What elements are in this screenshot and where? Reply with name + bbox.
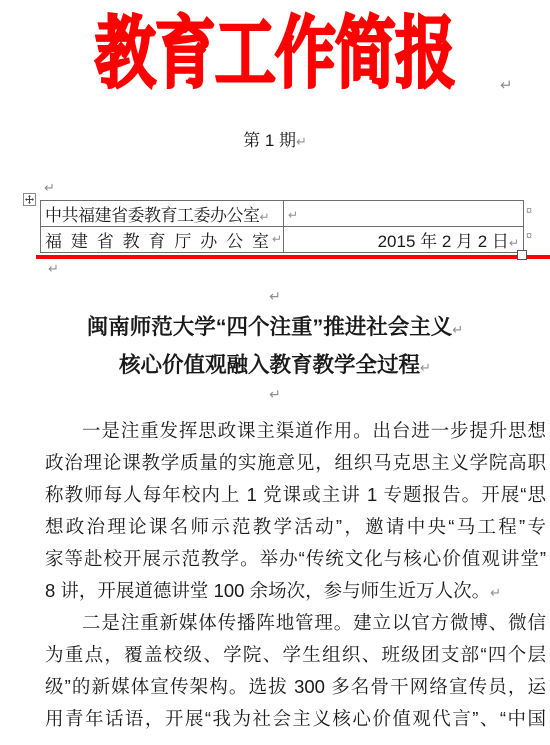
body-line: 称教师每人每年校内上 1 党课或主讲 1 专题报告。开展“思 <box>45 479 546 511</box>
title-text: 核心价值观融入教育教学全过程 <box>119 353 420 377</box>
issuer-cell-party-office: 中共福建省委教育工委办公室↵ <box>41 201 284 227</box>
end-of-row-mark-icon: ¤ <box>526 205 532 217</box>
end-of-row-mark-icon: ¤ <box>526 230 532 242</box>
paragraph-mark-icon: ↵ <box>260 210 270 224</box>
table-move-handle-icon[interactable] <box>23 193 36 206</box>
article-title-line2: 核心价值观融入教育教学全过程↵ <box>0 348 550 386</box>
body-line: 为重点，覆盖校级、学院、学生组织、班级团支部“四个层 <box>45 639 546 671</box>
issue-date: 2015 年 2 月 2 日 <box>378 232 509 251</box>
body-line: 级”的新媒体宣传架构。选拔 300 多名骨干网络宣传员，运 <box>45 671 546 703</box>
table-row: 福建省教育厅办公室 ↵ 2015 年 2 月 2 日↵ <box>41 227 524 253</box>
paragraph-mark-icon: ↵ <box>296 134 307 149</box>
paragraph-mark-icon: ↵ <box>490 585 501 600</box>
paragraph-mark-icon: ↵ <box>420 360 431 375</box>
paragraph-mark-icon: ↵ <box>44 180 55 196</box>
red-divider-rule <box>36 255 550 259</box>
body-line: 一是注重发挥思政课主渠道作用。出台进一步提升思想 <box>45 415 546 447</box>
body-line: 用青年话语，开展“我为社会主义核心价值观代言”、“中国 <box>45 703 546 735</box>
paragraph-mark-icon: ↵ <box>48 261 59 277</box>
paragraph-mark-icon: ↵ <box>500 76 513 94</box>
paragraph-mark-icon: ↵ <box>452 322 463 337</box>
paragraph-mark-icon: ↵ <box>288 208 298 222</box>
body-line: 家等赴校开展示范教学。举办“传统文化与核心价值观讲堂” <box>45 543 546 575</box>
paragraph-mark-icon: ↵ <box>509 236 519 250</box>
four-way-arrow-icon <box>25 195 34 204</box>
table-row: 中共福建省委教育工委办公室↵ ↵ <box>41 201 524 227</box>
article-body: 一是注重发挥思政课主渠道作用。出台进一步提升思想 政治理论课教学质量的实施意见，… <box>45 415 546 735</box>
issuer-table: 中共福建省委教育工委办公室↵ ↵ 福建省教育厅办公室 ↵ 2015 年 2 月 … <box>40 200 524 253</box>
issue-number: 第 1 期 <box>243 131 296 150</box>
issue-line: 第 1 期↵ <box>0 130 550 153</box>
article-title: 闽南师范大学“四个注重”推进社会主义↵ 核心价值观融入教育教学全过程↵ <box>0 310 550 385</box>
empty-paragraph: ↵ <box>0 288 550 305</box>
issuer-cell-education-dept: 福建省教育厅办公室 ↵ <box>41 227 284 253</box>
document-page: 教育工作简报↵ 第 1 期↵ ↵ 中共福建省委教育工委办公室↵ ↵ 福建省教育厅… <box>0 0 550 745</box>
paragraph-mark-icon: ↵ <box>272 232 282 246</box>
article-title-line1: 闽南师范大学“四个注重”推进社会主义↵ <box>0 310 550 348</box>
empty-cell: ↵ <box>284 201 524 227</box>
masthead-title: 教育工作简报 <box>95 14 455 92</box>
body-line: 想政治理论课名师示范教学活动”，邀请中央“马工程”专 <box>45 511 546 543</box>
issuer-name: 福建省教育厅办公室 <box>45 227 269 252</box>
paragraph-mark-icon: ↵ <box>269 288 281 304</box>
issuer-name: 中共福建省委教育工委办公室 <box>45 206 260 225</box>
body-line: 8 讲，开展道德讲堂 100 余场次，参与师生近万人次。↵ <box>45 575 546 607</box>
title-text: 闽南师范大学“四个注重”推进社会主义 <box>87 315 453 339</box>
issue-date-cell: 2015 年 2 月 2 日↵ <box>284 227 524 253</box>
body-line: 二是注重新媒体传播阵地管理。建立以官方微博、微信 <box>45 607 546 639</box>
masthead: 教育工作简报↵ <box>0 14 550 92</box>
body-line: 政治理论课教学质量的实施意见，组织马克思主义学院高职 <box>45 447 546 479</box>
paragraph-mark-icon: ↵ <box>269 386 281 402</box>
table-resize-handle[interactable] <box>517 250 527 260</box>
empty-paragraph: ↵ <box>0 386 550 403</box>
